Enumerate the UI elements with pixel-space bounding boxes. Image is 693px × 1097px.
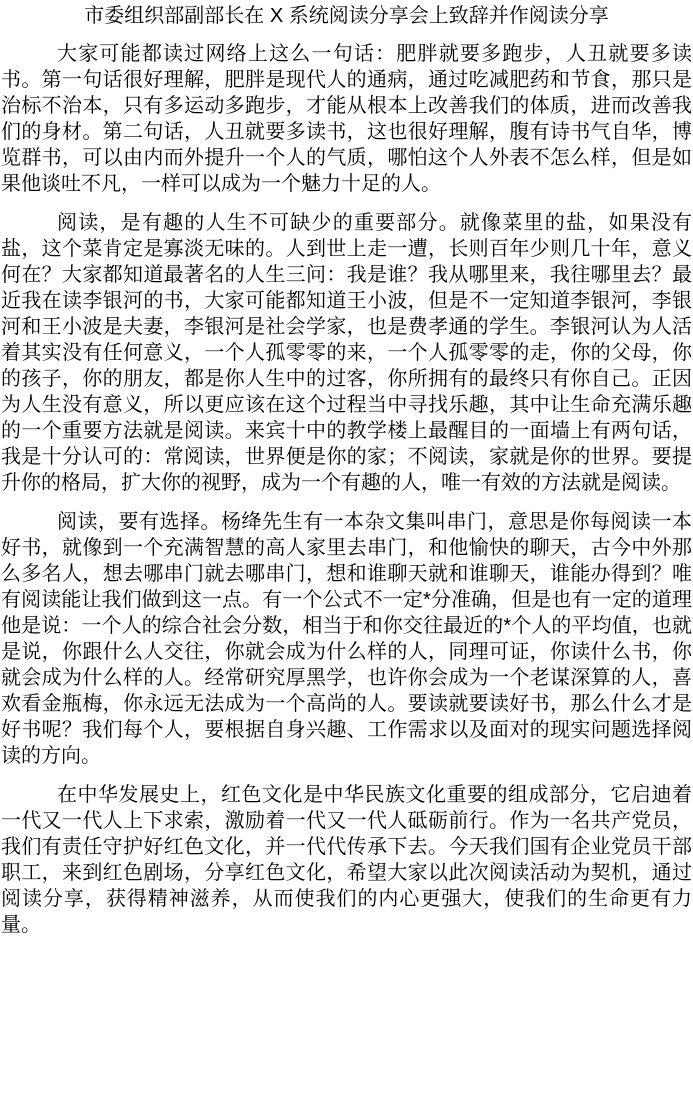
paragraph-4: 在中华发展史上，红色文化是中华民族文化重要的组成部分，它启迪着一代又一代人上下求…: [1, 782, 692, 938]
paragraph-2: 阅读，是有趣的人生不可缺少的重要部分。就像菜里的盐，如果没有盐，这个菜肯定是寡淡…: [1, 210, 692, 496]
paragraph-3: 阅读，要有选择。杨绛先生有一本杂文集叫串门，意思是你每阅读一本好书，就像到一个充…: [1, 509, 692, 769]
paragraph-1: 大家可能都读过网络上这么一句话：肥胖就要多跑步，人丑就要多读书。第一句话很好理解…: [1, 41, 692, 197]
document-title: 市委组织部副部长在 X 系统阅读分享会上致辞并作阅读分享: [1, 4, 692, 28]
document-body: 大家可能都读过网络上这么一句话：肥胖就要多跑步，人丑就要多读书。第一句话很好理解…: [1, 41, 692, 938]
document-page: 市委组织部副部长在 X 系统阅读分享会上致辞并作阅读分享 大家可能都读过网络上这…: [0, 0, 693, 1097]
